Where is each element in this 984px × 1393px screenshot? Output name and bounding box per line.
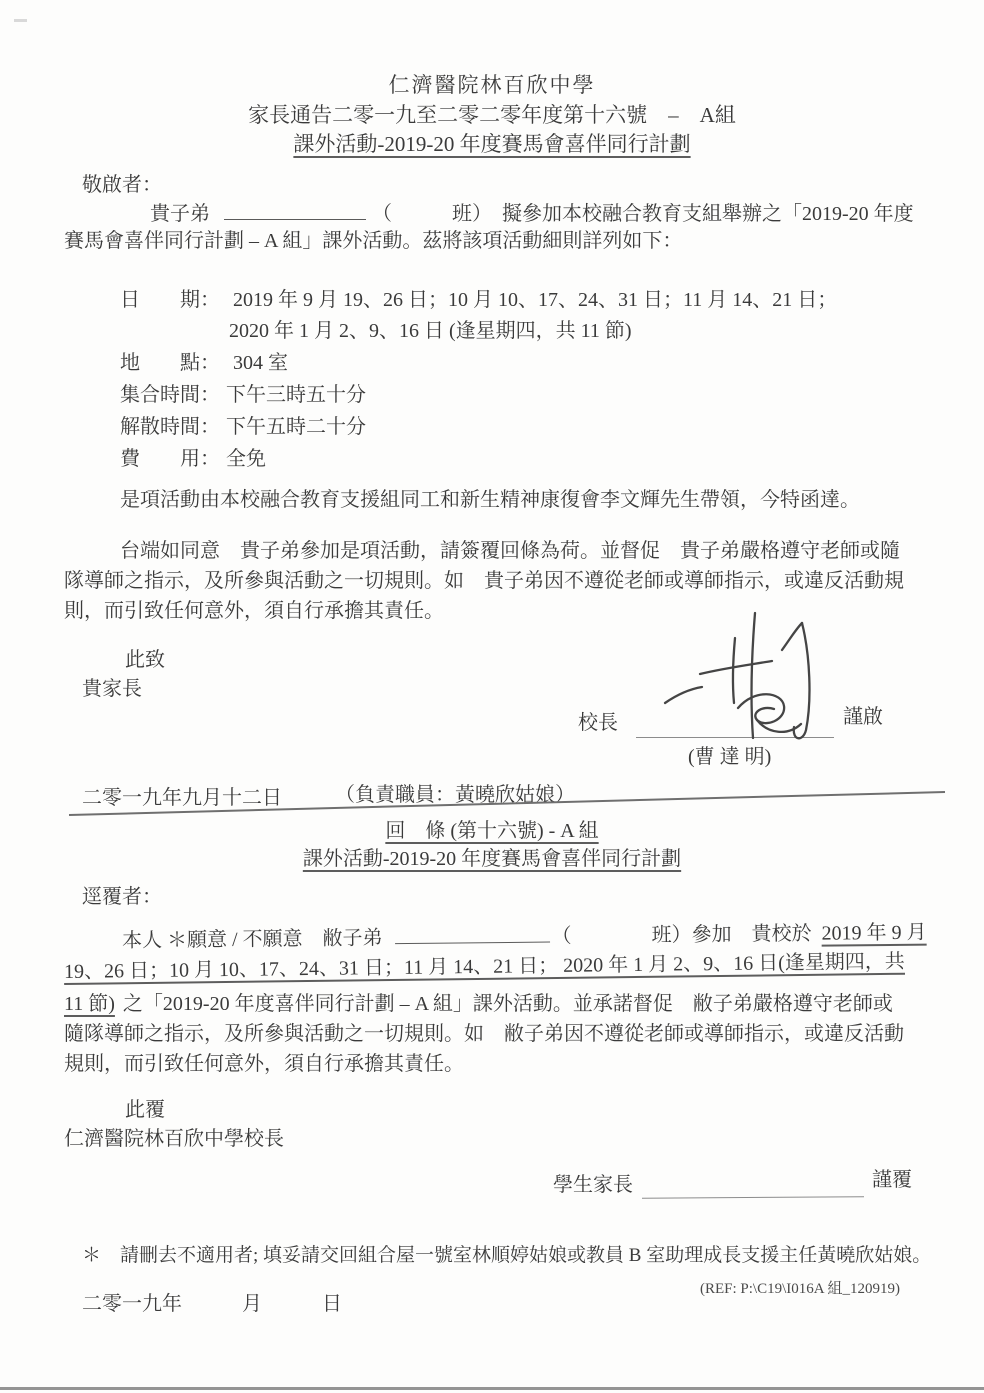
intro-line-1: 貴子弟（ 班）擬參加本校融合教育支組舉辦之「2019-20 年度	[150, 199, 914, 227]
reply-student-name-blank	[394, 922, 549, 945]
detail-row-dismiss: 解散時間：下午五時二十分	[120, 414, 366, 440]
paragraph-2-line1: 台端如同意 貴子弟參加是項活動，請簽覆回條為荷。並督促 貴子弟嚴格遵守老師或隨	[120, 538, 900, 564]
principal-label: 校長	[578, 710, 618, 736]
detail-row-date: 日 期：2019 年 9 月 19、26 日；10 月 10、17、24、31 …	[120, 287, 837, 313]
student-name-blank	[224, 199, 366, 220]
reply-line-4: 隨隊導師之指示，及所參與活動之一切規則。如 敝子弟因不遵從老師或導師指示，或違反…	[64, 1021, 904, 1047]
reference-code: (REF: P:\C19\I016A 組_120919)	[700, 1276, 900, 1302]
reply-closing: 此覆	[125, 1097, 165, 1123]
activity-title: 課外活動-2019-20 年度賽馬會喜伴同行計劃	[0, 131, 984, 157]
reply-slip-subtitle-text: 課外活動-2019-20 年度賽馬會喜伴同行計劃	[303, 848, 681, 870]
scan-edge-line	[0, 1387, 984, 1390]
intro-line-1-rest: 擬參加本校融合教育支組舉辦之「2019-20 年度	[502, 203, 914, 225]
letter-salutation: 敬啟者：	[82, 172, 162, 198]
reply-line-3-rest: 之「2019-20 年度喜伴同行計劃 – A 組」課外活動。並承諾督促 敝子弟嚴…	[123, 993, 893, 1015]
cut-divider-line	[55, 785, 960, 821]
date-value-line1: 2019 年 9 月 19、26 日；10 月 10、17、24、31 日；11…	[233, 289, 837, 311]
detail-row-assemble: 集合時間：下午三時五十分	[120, 382, 366, 408]
reply-class-bracket: （ 班）參加 貴校於	[551, 923, 811, 948]
reply-dates-part1: 2019 年 9 月	[821, 922, 926, 945]
parent-suffix: 謹覆	[872, 1167, 912, 1193]
dismiss-value: 下午五時二十分	[226, 416, 366, 438]
paragraph-2-line3: 則，而引致任何意外，須自行承擔其責任。	[64, 598, 444, 624]
date-value-line2: 2020 年 1 月 2、9、16 日 (逢星期四，共 11 節)	[229, 318, 632, 344]
reply-slip-title: 回 條 (第十六號) - A 組	[0, 818, 984, 844]
reply-slip-subtitle: 課外活動-2019-20 年度賽馬會喜伴同行計劃	[0, 846, 984, 872]
venue-value: 304 室	[233, 352, 288, 374]
fee-value: 全免	[226, 448, 266, 470]
document-page: 仁濟醫院林百欣中學 家長通告二零一九至二零二零年度第十六號 – A組 課外活動-…	[0, 0, 984, 1393]
reply-line-5: 規則，而引致任何意外，須自行承擔其責任。	[64, 1051, 464, 1077]
reply-slip-title-text: 回 條 (第十六號) - A 組	[385, 820, 598, 842]
intro-line-2: 賽馬會喜伴同行計劃 – A 組」課外活動。茲將該項活動細則詳列如下：	[64, 228, 682, 254]
assemble-value: 下午三時五十分	[226, 384, 366, 406]
principal-suffix: 謹啟	[843, 704, 883, 730]
reply-addressee: 仁濟醫院林百欣中學校長	[64, 1126, 284, 1152]
scan-artifact-mark	[14, 19, 27, 22]
activity-title-text: 課外活動-2019-20 年度賽馬會喜伴同行計劃	[293, 132, 690, 156]
school-name: 仁濟醫院林百欣中學	[0, 72, 984, 98]
child-label: 貴子弟	[150, 203, 210, 225]
reply-line-1: 本人 ＊願意 / 不願意 敝子弟（ 班）參加 貴校於2019 年 9 月	[122, 918, 927, 954]
reply-line-3: 11 節)之「2019-20 年度喜伴同行計劃 – A 組」課外活動。並承諾督促…	[64, 991, 893, 1017]
reply-date-blank: 二零一九年 月 日	[82, 1291, 342, 1317]
notice-number: 家長通告二零一九至二零二零年度第十六號 – A組	[0, 102, 984, 128]
fee-label: 費 用：	[120, 446, 220, 472]
detail-row-venue: 地 點：304 室	[120, 350, 288, 376]
detail-row-fee: 費 用：全免	[120, 446, 266, 472]
assemble-label: 集合時間：	[120, 382, 220, 408]
parent-signature-line	[642, 1196, 864, 1199]
date-label: 日 期：	[120, 287, 220, 313]
paragraph-2-line2: 隊導師之指示，及所參與活動之一切規則。如 貴子弟因不遵從老師或導師指示，或違反活…	[64, 568, 904, 594]
letter-closing: 此致	[125, 647, 165, 673]
venue-label: 地 點：	[120, 350, 220, 376]
reply-line-1-pre: 本人 ＊願意 / 不願意 敝子弟	[122, 927, 383, 952]
principal-signature	[660, 610, 820, 760]
footnote: ＊ 請刪去不適用者; 填妥請交回組合屋一號室林順婷姑娘或教員 B 室助理成長支援…	[82, 1243, 931, 1269]
letter-addressee: 貴家長	[82, 676, 142, 702]
reply-line-3-underlined: 11 節)	[64, 993, 115, 1015]
dismiss-label: 解散時間：	[120, 414, 220, 440]
reply-salutation: 逕覆者：	[82, 884, 162, 910]
class-bracket: （ 班）	[372, 203, 492, 225]
parent-label: 學生家長	[553, 1172, 633, 1198]
paragraph-1: 是項活動由本校融合教育支援組同工和新生精神康復會李文輝先生帶領，今特函達。	[120, 487, 860, 513]
reply-line-2: 19、26 日；10 月 10、17、24、31 日；11 月 14、21 日；…	[64, 949, 905, 985]
